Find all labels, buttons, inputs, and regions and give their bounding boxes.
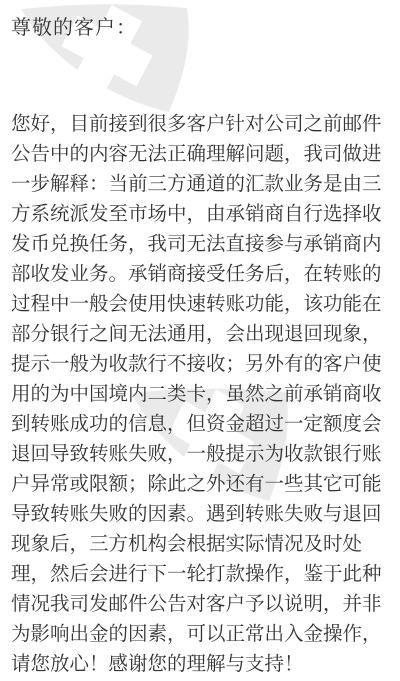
body-line: 为影响出金的因素，可以正常出入金操作， bbox=[11, 619, 393, 649]
body-line: 部分银行之间无法通用，会出现退回现象， bbox=[11, 319, 393, 349]
body-line: 提示一般为收款行不接收；另外有的客户使 bbox=[11, 349, 393, 379]
body-line: 部收发业务。承销商接受任务后，在转账的 bbox=[11, 259, 393, 289]
body-line: 导致转账失败的因素。遇到转账失败与退回 bbox=[11, 499, 393, 529]
body-line: 到转账成功的信息，但资金超过一定额度会 bbox=[11, 409, 393, 439]
body-line: 请您放心！感谢您的理解与支持！ bbox=[11, 649, 393, 679]
notice-body: 您好，目前接到很多客户针对公司之前邮件 公告中的内容无法正确理解问题，我司做进 … bbox=[11, 109, 393, 679]
body-line: 发币兑换任务，我司无法直接参与承销商内 bbox=[11, 229, 393, 259]
body-line: 理，然后会进行下一轮打款操作，鉴于此种 bbox=[11, 559, 393, 589]
body-line: 方系统派发至市场中，由承销商自行选择收 bbox=[11, 199, 393, 229]
body-line: 用的为中国境内二类卡，虽然之前承销商收 bbox=[11, 379, 393, 409]
salutation: 尊敬的客户： bbox=[11, 13, 137, 43]
body-line: 户异常或限额；除此之外还有一些其它可能 bbox=[11, 469, 393, 499]
body-line: 现象后，三方机构会根据实际情况及时处 bbox=[11, 529, 393, 559]
body-line: 退回导致转账失败，一般提示为收款银行账 bbox=[11, 439, 393, 469]
body-line: 过程中一般会使用快速转账功能，该功能在 bbox=[11, 289, 393, 319]
body-line: 公告中的内容无法正确理解问题，我司做进 bbox=[11, 139, 393, 169]
body-line: 一步解释：当前三方通道的汇款业务是由三 bbox=[11, 169, 393, 199]
body-line: 您好，目前接到很多客户针对公司之前邮件 bbox=[11, 109, 393, 139]
body-line: 情况我司发邮件公告对客户予以说明，并非 bbox=[11, 589, 393, 619]
notice-page: 尊敬的客户： 您好，目前接到很多客户针对公司之前邮件 公告中的内容无法正确理解问… bbox=[0, 0, 400, 681]
